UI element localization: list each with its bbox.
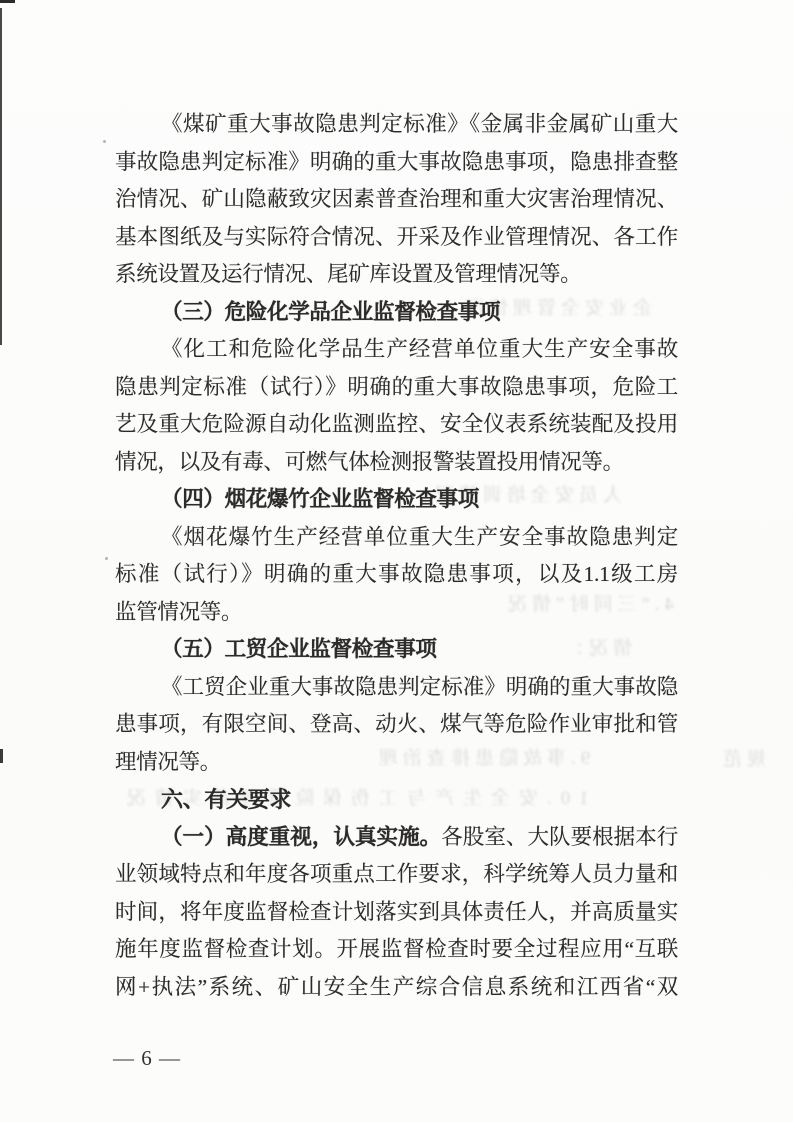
text-line: 治情况、矿山隐蔽致灾因素普查治理和重大灾害治理情况、: [115, 181, 678, 219]
text-line: 事故隐患判定标准》明确的重大事故隐患事项，隐患排查整: [115, 144, 678, 182]
chapter-heading-6: 六、有关要求: [115, 781, 678, 819]
scan-speck: [105, 557, 108, 560]
scan-edge-line: [0, 8, 2, 345]
text-line: 监管情况等。: [115, 594, 678, 632]
text-line: 网+执法”系统、矿山安全生产综合信息系统和江西省“双: [115, 969, 678, 1007]
text-line: 基本图纸及与实际符合情况、开采及作业管理情况、各工作: [115, 219, 678, 257]
text-line: 情况，以及有毒、可燃气体检测报警装置投用情况等。: [115, 444, 678, 482]
bleedthrough-text: 规范: [718, 748, 766, 772]
scanned-document-page: 企业安全管理情况 人员安全培训情况 4.“三同时”情况 情况： 9.事故隐患排查…: [0, 0, 793, 1122]
section-heading-5: （五）工贸企业监督检查事项: [115, 631, 678, 669]
text-line: 患事项，有限空间、登高、动火、煤气等危险作业审批和管: [115, 706, 678, 744]
text-line: 系统设置及运行情况、尾矿库设置及管理情况等。: [115, 256, 678, 294]
text-line: 艺及重大危险源自动化监测监控、安全仪表系统装配及投用: [115, 406, 678, 444]
text-line: 《煤矿重大事故隐患判定标准》《金属非金属矿山重大: [115, 106, 678, 144]
text-line: 《化工和危险化学品生产经营单位重大生产安全事故: [115, 331, 678, 369]
body-text: 《煤矿重大事故隐患判定标准》《金属非金属矿山重大 事故隐患判定标准》明确的重大事…: [115, 106, 678, 1006]
scan-edge-tick-top: [0, 0, 15, 3]
text-line: 时间，将年度监督检查计划落实到具体责任人，并高质量实: [115, 894, 678, 932]
para-lead-bold: （一）高度重视，认真实施。: [161, 825, 441, 849]
text-line: 施年度监督检查计划。开展监督检查时要全过程应用“互联: [115, 931, 678, 969]
page-number: — 6 —: [113, 1044, 181, 1072]
text-line: 《工贸企业重大事故隐患判定标准》明确的重大事故隐: [115, 669, 678, 707]
text-line: 《烟花爆竹生产经营单位重大生产安全事故隐患判定: [115, 519, 678, 557]
scan-edge-tick-mid: [0, 749, 3, 763]
text-line: 标准（试行）》明确的重大事故隐患事项，以及1.1级工房: [115, 556, 678, 594]
text-line: 理情况等。: [115, 744, 678, 782]
para-lead-rest: 各股室、大队要根据本行: [441, 825, 678, 849]
text-line: 业领域特点和年度各项重点工作要求，科学统筹人员力量和: [115, 856, 678, 894]
text-line: 隐患判定标准（试行）》明确的重大事故隐患事项，危险工: [115, 369, 678, 407]
section-heading-4: （四）烟花爆竹企业监督检查事项: [115, 481, 678, 519]
section-heading-3: （三）危险化学品企业监督检查事项: [115, 294, 678, 332]
scan-speck: [103, 140, 106, 143]
text-line: （一）高度重视，认真实施。各股室、大队要根据本行: [115, 819, 678, 857]
